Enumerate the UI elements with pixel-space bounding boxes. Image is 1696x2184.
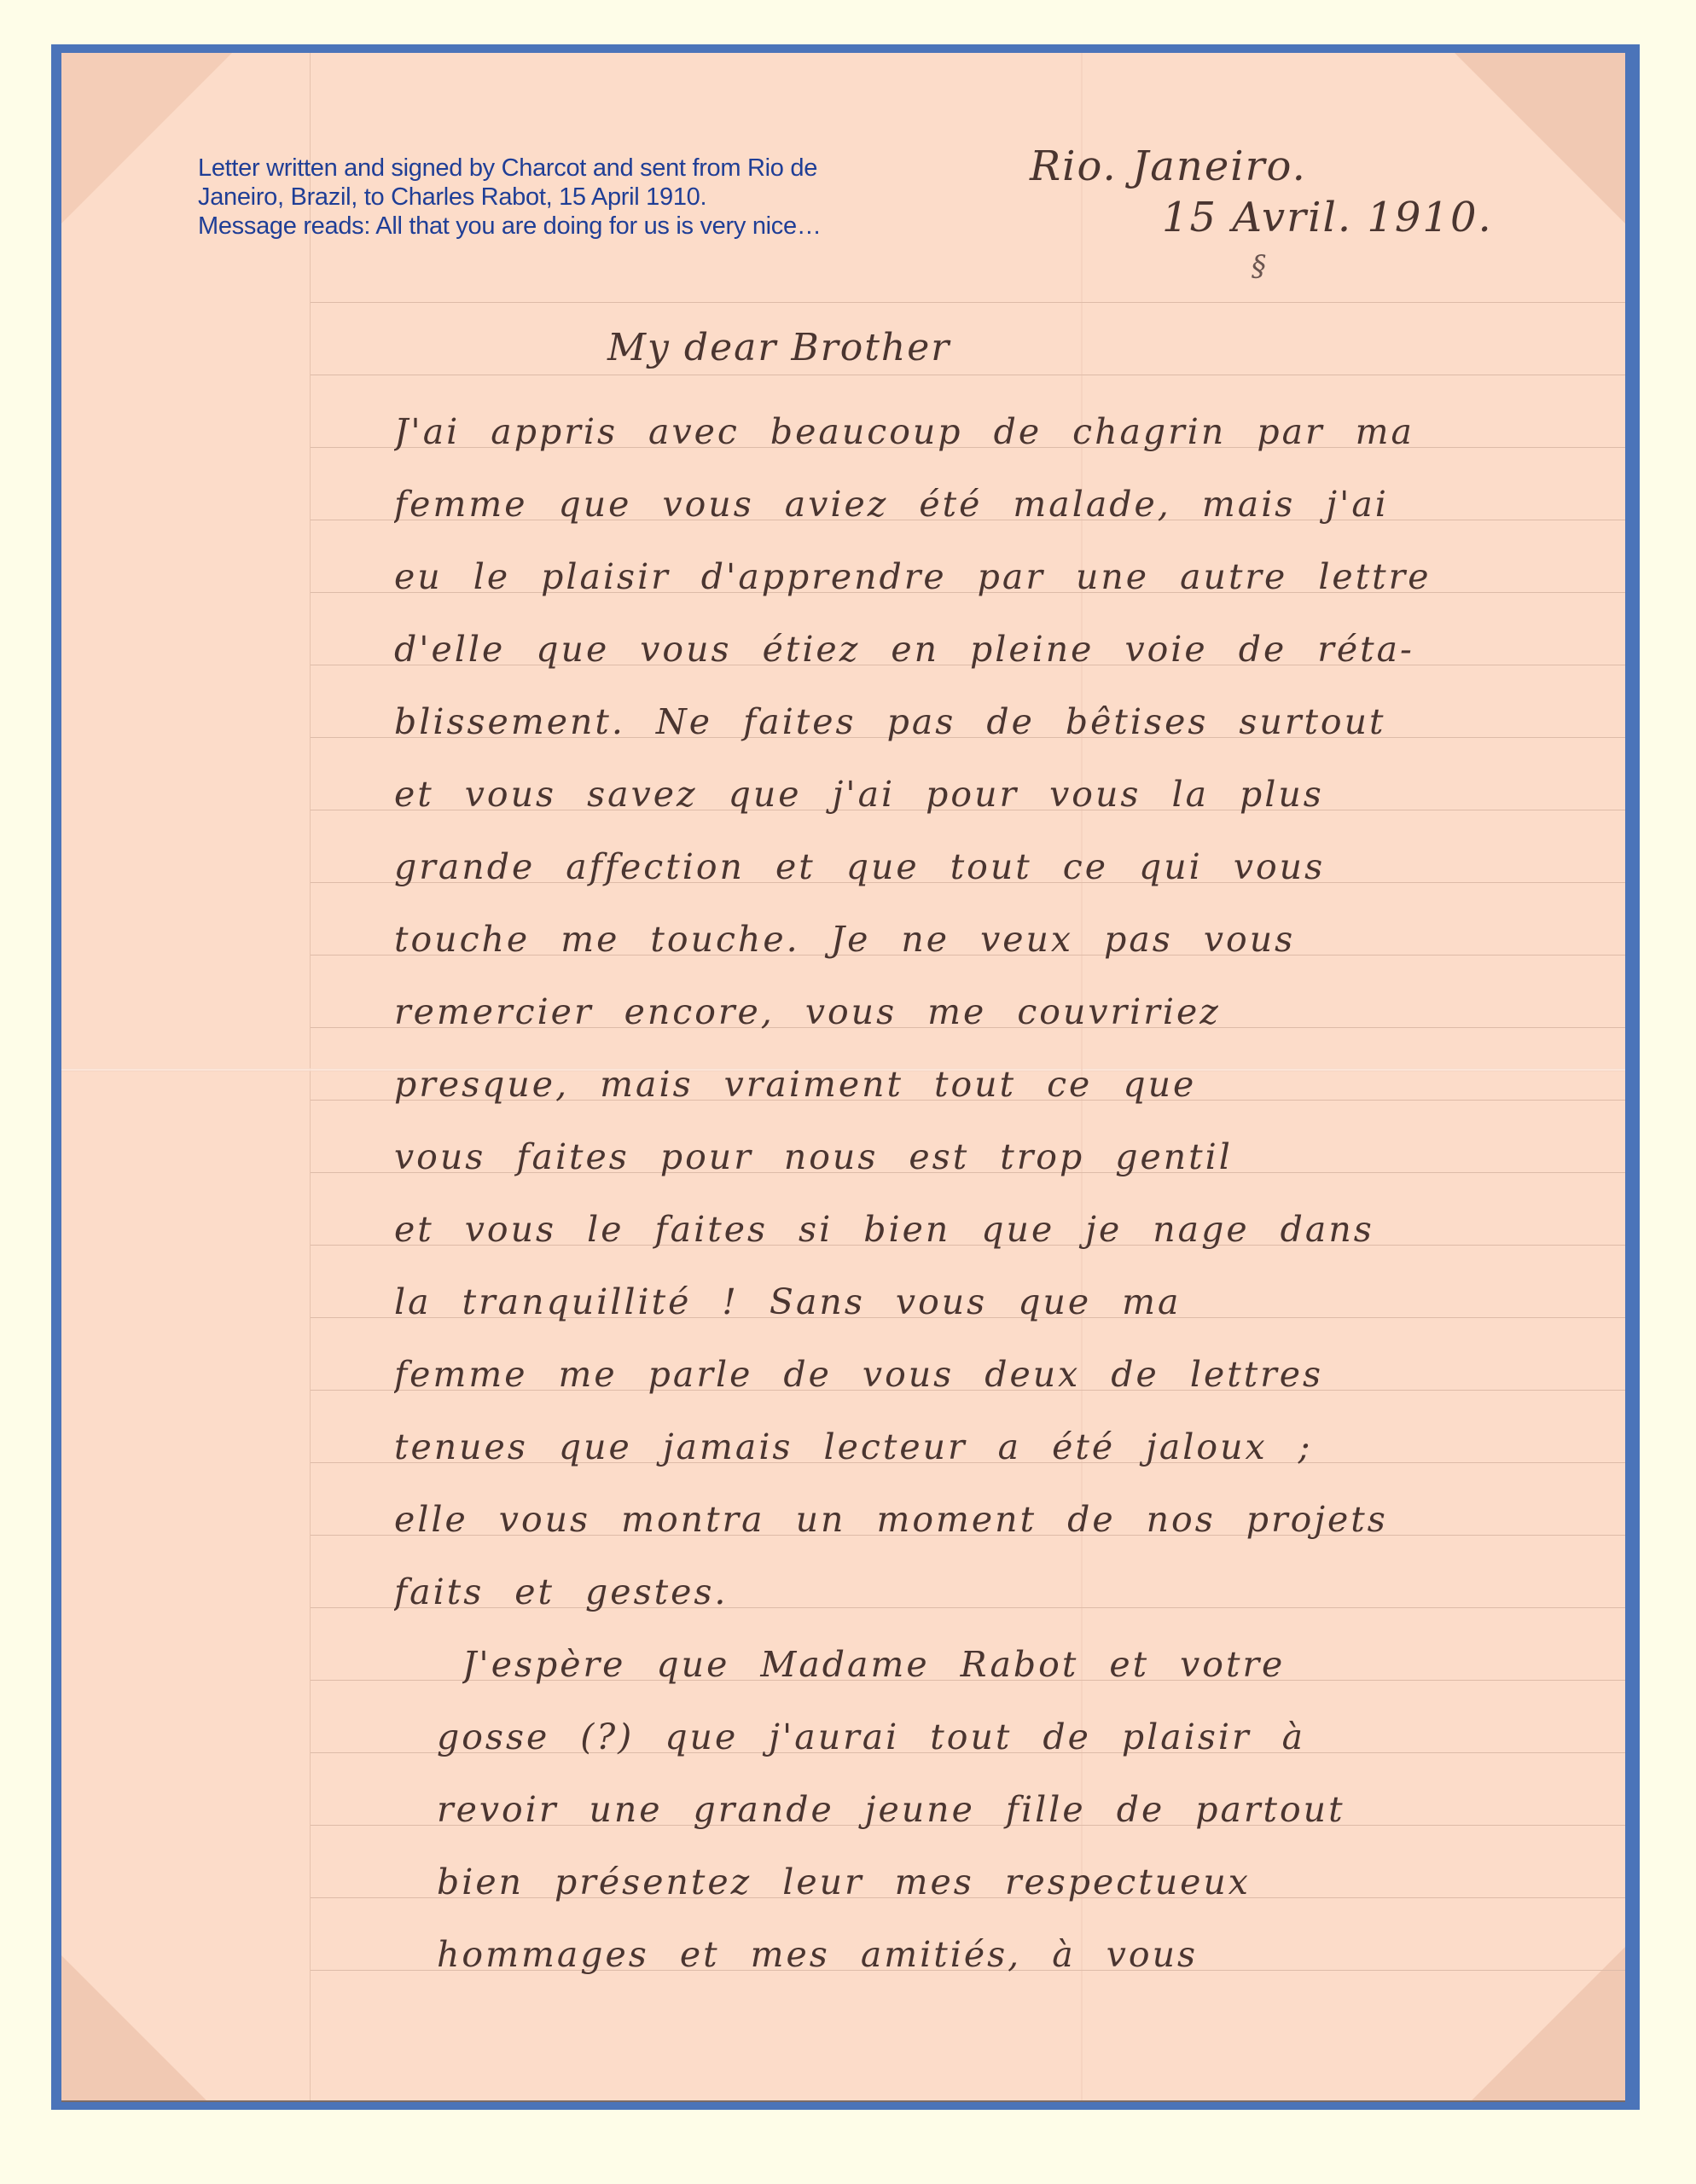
letter-line: grande affection et que tout ce qui vous <box>394 846 1606 887</box>
letter-line: hommages et mes amitiés, à vous <box>437 1934 1625 1975</box>
blue-frame: Letter written and signed by Charcot and… <box>51 44 1640 2110</box>
caption-line: Message reads: All that you are doing fo… <box>198 212 1051 241</box>
letter-line: blissement. Ne faites pas de bêtises sur… <box>394 701 1606 742</box>
caption: Letter written and signed by Charcot and… <box>198 154 1051 241</box>
letter-line: la tranquillité ! Sans vous que ma <box>394 1281 1606 1322</box>
letter-line: J'espère que Madame Rabot et votre <box>462 1644 1625 1685</box>
letter-line: eu le plaisir d'apprendre par une autre … <box>394 556 1606 597</box>
letter-line: gosse (?) que j'aurai tout de plaisir à <box>437 1716 1625 1757</box>
letter-line: revoir une grande jeune fille de partout <box>437 1789 1625 1830</box>
photo-corner-bottom-left <box>61 1955 206 2100</box>
letter-line: bien présentez leur mes respectueux <box>437 1862 1625 1902</box>
letter-line: remercier encore, vous me couvririez <box>394 991 1606 1032</box>
dateline-date: 15 Avril. 1910. <box>1162 194 1493 241</box>
letter-line: et vous savez que j'ai pour vous la plus <box>394 774 1606 815</box>
letter-line: vous faites pour nous est trop gentil <box>394 1136 1606 1177</box>
letter-line: femme me parle de vous deux de lettres <box>394 1354 1606 1395</box>
caption-line: Janeiro, Brazil, to Charles Rabot, 15 Ap… <box>198 183 1051 212</box>
letter-line: tenues que jamais lecteur a été jaloux ; <box>394 1426 1606 1467</box>
letter-line: touche me touche. Je ne veux pas vous <box>394 919 1606 960</box>
letter-line: J'ai appris avec beaucoup de chagrin par… <box>394 411 1606 452</box>
caption-line: Letter written and signed by Charcot and… <box>198 154 1051 183</box>
ruled-line <box>311 302 1625 303</box>
letter-line: faits et gestes. <box>394 1571 1606 1612</box>
ruled-line <box>311 375 1625 375</box>
letter-paper: Letter written and signed by Charcot and… <box>61 53 1625 2100</box>
salutation: My dear Brother <box>607 326 950 369</box>
letter-line: femme que vous aviez été malade, mais j'… <box>394 484 1606 525</box>
letter-line: et vous le faites si bien que je nage da… <box>394 1209 1606 1250</box>
pencil-mark: § <box>1252 249 1268 283</box>
letter-line: elle vous montra un moment de nos projet… <box>394 1499 1606 1540</box>
letter-line: d'elle que vous étiez en pleine voie de … <box>394 629 1606 670</box>
margin-line <box>310 53 311 2100</box>
dateline-place: Rio. Janeiro. <box>1030 142 1307 190</box>
letter-line: presque, mais vraiment tout ce que <box>394 1064 1606 1105</box>
